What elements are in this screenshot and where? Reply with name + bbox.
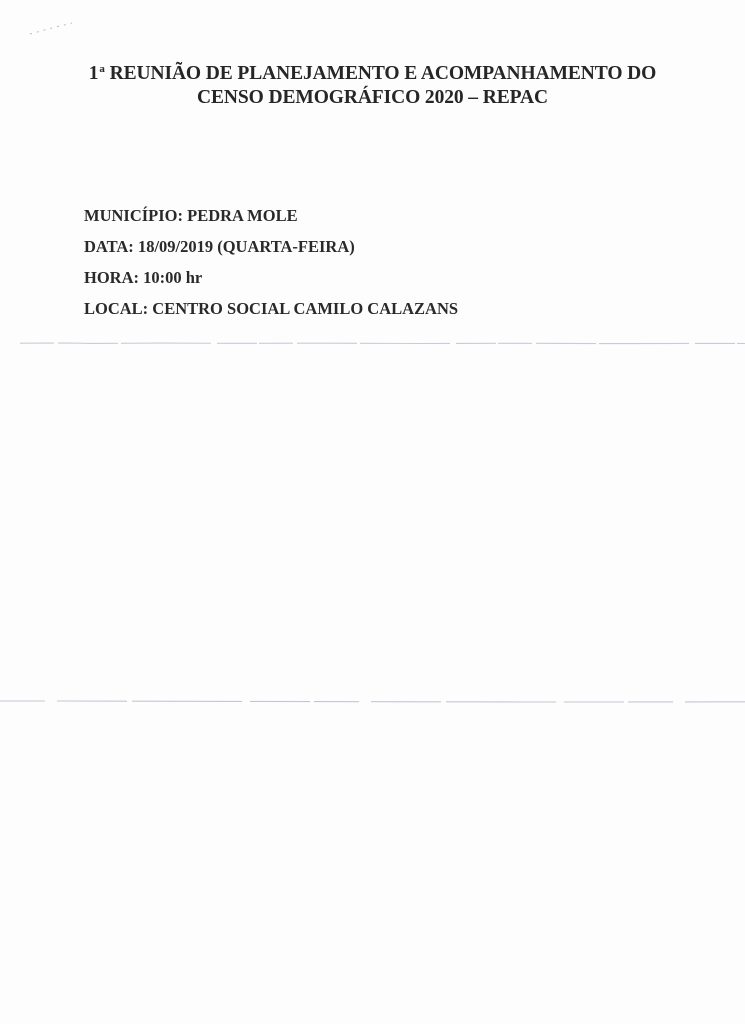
title-line-1: 1a REUNIÃO DE PLANEJAMENTO E ACOMPANHAME… [0, 57, 745, 86]
detail-value: PEDRA MOLE [187, 206, 297, 225]
title-ordinal-number: 1 [89, 63, 99, 84]
detail-label: DATA: [84, 237, 134, 256]
detail-label: LOCAL: [84, 299, 148, 318]
title-line-2: CENSO DEMOGRÁFICO 2020 – REPAC [0, 86, 745, 110]
detail-municipio: MUNICÍPIO: PEDRA MOLE [84, 200, 458, 231]
scanned-page: 1a REUNIÃO DE PLANEJAMENTO E ACOMPANHAME… [0, 0, 745, 1024]
detail-label: HORA: [84, 268, 139, 287]
scan-speck-mark [28, 22, 74, 36]
detail-value: 10:00 hr [143, 268, 202, 287]
document-title: 1a REUNIÃO DE PLANEJAMENTO E ACOMPANHAME… [0, 57, 745, 110]
title-line-1-text: REUNIÃO DE PLANEJAMENTO E ACOMPANHAMENTO… [105, 63, 656, 84]
detail-value: CENTRO SOCIAL CAMILO CALAZANS [152, 299, 458, 318]
detail-hora: HORA: 10:00 hr [84, 262, 458, 293]
meeting-details: MUNICÍPIO: PEDRA MOLE DATA: 18/09/2019 (… [84, 200, 458, 324]
paper-fold-line [0, 342, 745, 345]
detail-data: DATA: 18/09/2019 (QUARTA-FEIRA) [84, 231, 458, 262]
paper-fold-line [0, 700, 745, 703]
detail-value: 18/09/2019 (QUARTA-FEIRA) [138, 237, 355, 256]
detail-label: MUNICÍPIO: [84, 206, 183, 225]
detail-local: LOCAL: CENTRO SOCIAL CAMILO CALAZANS [84, 293, 458, 324]
